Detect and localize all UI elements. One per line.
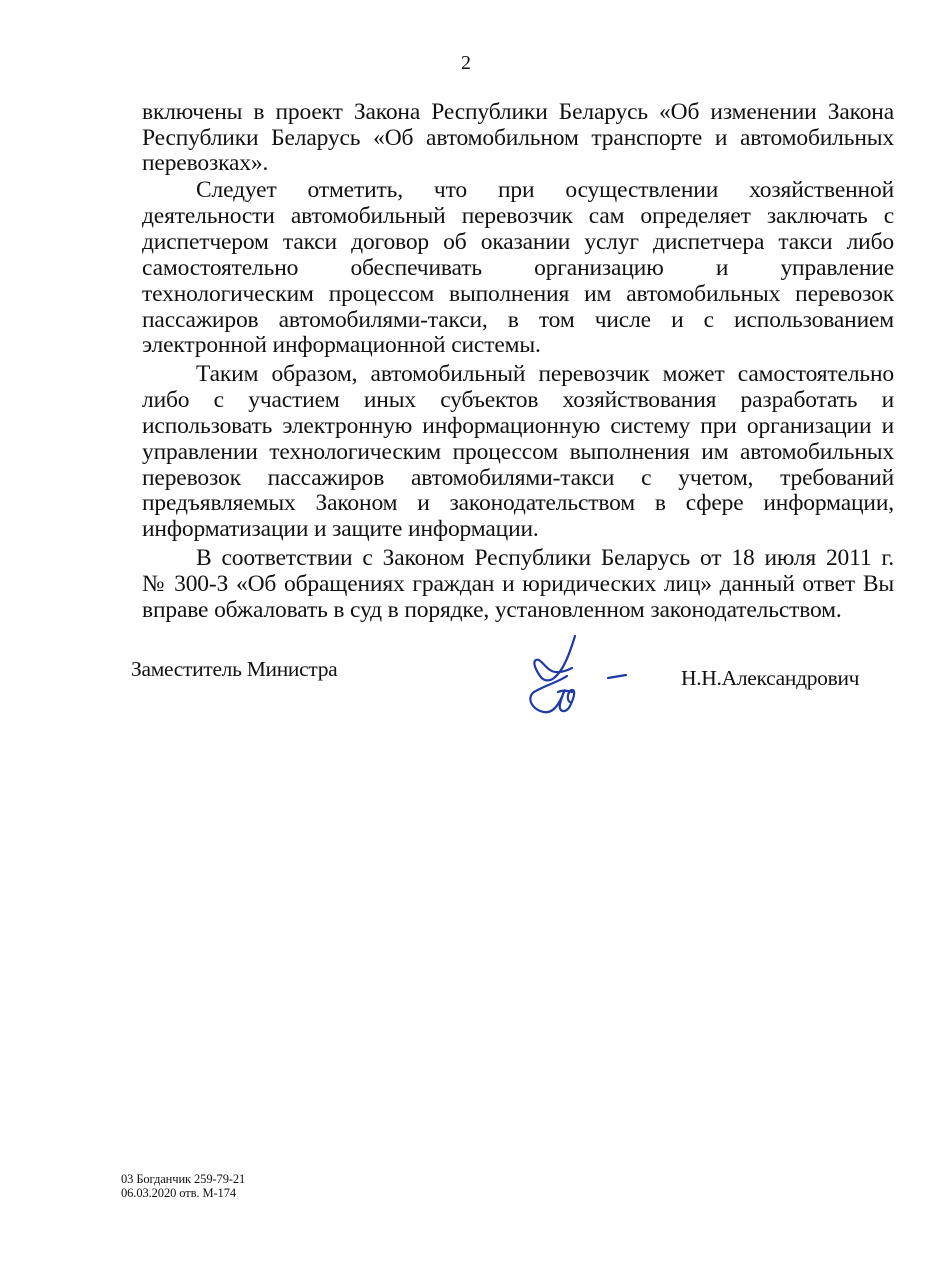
body-line: перевозок пассажиров автомобилями-такси … [142,465,894,491]
body-line: самостоятельно обеспечивать организацию … [142,255,894,281]
body-line: включены в проект Закона Республики Бела… [142,99,894,125]
signatory-title: Заместитель Министра [131,656,337,682]
body-line: диспетчером такси договор об оказании ус… [142,229,894,255]
footer-reference: 06.03.2020 отв. М-174 [121,1186,236,1200]
body-line: использовать электронную информационную … [142,413,894,439]
body-line: деятельности автомобильный перевозчик са… [142,203,894,229]
body-line: перевозках». [142,150,894,176]
body-line: В соответствии с Законом Республики Бела… [196,545,894,571]
body-line: Таким образом, автомобильный перевозчик … [196,361,894,387]
body-line: Следует отметить, что при осуществлении … [196,177,894,203]
body-line: Республики Беларусь «Об автомобильном тр… [142,125,894,151]
handwritten-signature-icon [520,632,640,722]
body-line: № 300-З «Об обращениях граждан и юридиче… [142,571,894,597]
body-line: либо с участием иных субъектов хозяйство… [142,387,894,413]
body-line: технологическим процессом выполнения им … [142,281,894,307]
body-line: вправе обжаловать в суд в порядке, устан… [142,597,894,623]
body-line: пассажиров автомобилями-такси, в том чис… [142,307,894,333]
page-number: 2 [0,52,932,74]
signatory-name: Н.Н.Александрович [681,665,859,691]
body-line: информатизации и защите информации. [142,516,894,542]
body-line: предъявляемых Законом и законодательство… [142,490,894,516]
footer-executor: 03 Богданчик 259-79-21 [121,1172,245,1186]
body-line: управлении технологическим процессом вып… [142,439,894,465]
body-line: электронной информационной системы. [142,332,894,358]
